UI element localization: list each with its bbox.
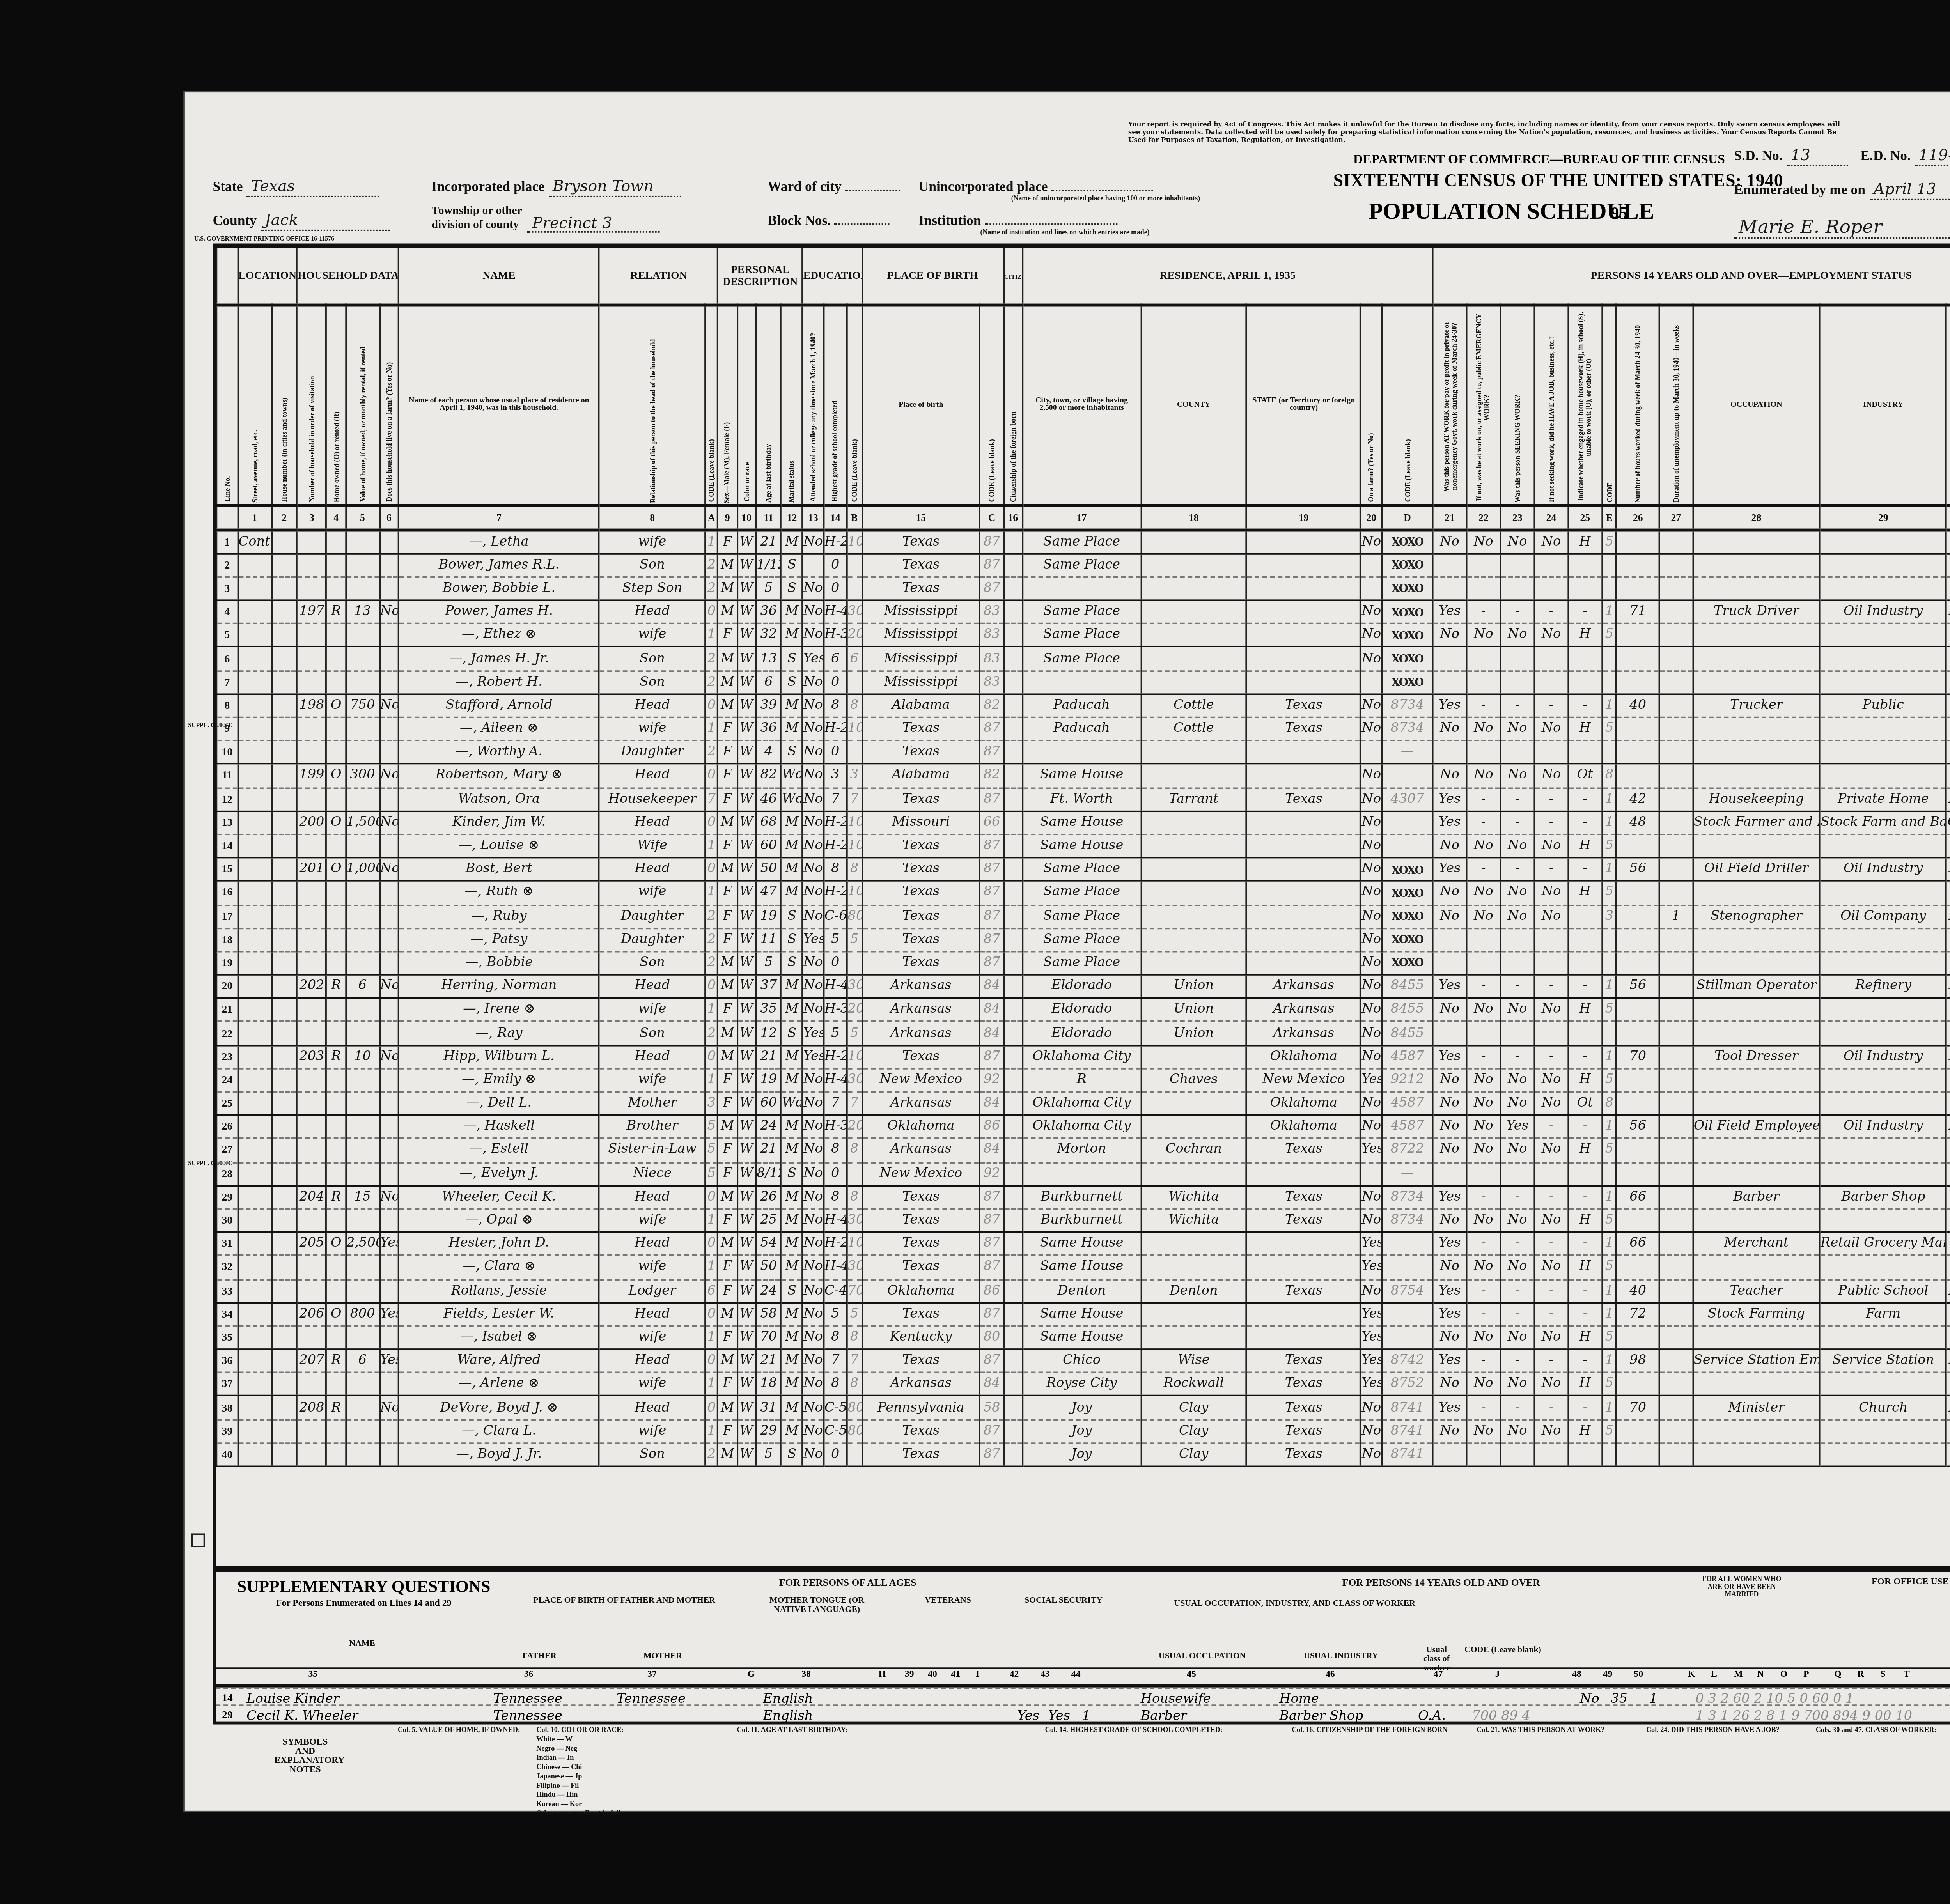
cell-cls <box>1947 1092 1950 1115</box>
cell-sex: F <box>718 1092 737 1115</box>
column-label: Place of birth <box>899 402 943 409</box>
cell-c: 86 <box>980 1115 1003 1139</box>
cell-street <box>238 717 272 741</box>
line-number: 24 <box>216 1068 238 1092</box>
cell-rel: Head <box>599 600 705 624</box>
cell-rel: wife <box>599 881 705 905</box>
cell-own <box>326 1022 346 1045</box>
cell-c21: No <box>1433 764 1467 788</box>
cell-c26 <box>1617 554 1659 577</box>
cell-occ <box>1693 717 1820 741</box>
cell-farm: No <box>379 694 399 717</box>
cell-c19: Texas <box>1246 1396 1361 1419</box>
cell-own <box>326 905 346 928</box>
cell-c18: Union <box>1141 998 1246 1022</box>
cell-name: —, Estell <box>399 1139 599 1162</box>
cell-own <box>326 788 346 811</box>
cell-own <box>326 1092 346 1115</box>
cell-value <box>346 1162 379 1185</box>
cell-rel: Housekeeper <box>599 788 705 811</box>
cell-e: 5 <box>1602 530 1617 554</box>
institution-field: Institution (Name of institution and lin… <box>919 213 1150 236</box>
cell-visit <box>297 530 326 554</box>
cell-sch: No <box>803 600 824 624</box>
cell-name: —, Ray <box>399 1022 599 1045</box>
cell-mar: M <box>781 858 802 881</box>
cell-c18: Rockwall <box>1141 1373 1246 1396</box>
cell-c21: No <box>1433 998 1467 1022</box>
column-number: 5 <box>346 505 379 530</box>
cell-house <box>271 1209 297 1232</box>
cell-pob: Oklahoma <box>862 1115 980 1139</box>
column-label: COUNTY <box>1177 402 1211 409</box>
cell-c22: No <box>1467 530 1501 554</box>
cell-age: 19 <box>756 905 781 928</box>
cell-ind <box>1820 928 1946 951</box>
cell-c17: Paducah <box>1023 694 1141 717</box>
cell-cls <box>1947 1068 1950 1092</box>
cell-sex: M <box>718 577 737 600</box>
ward-field: Ward of city <box>768 179 901 194</box>
cell-a: 2 <box>705 741 718 764</box>
cell-e: 1 <box>1602 1232 1617 1256</box>
person-row: 2Bower, James R.L.Son2MW1/12S0Texas87Sam… <box>216 554 1950 577</box>
cell-visit <box>297 577 326 600</box>
cell-house <box>271 1443 297 1466</box>
cell-sex: F <box>718 1068 737 1092</box>
cell-pob: Texas <box>862 1349 980 1373</box>
line-number: 21 <box>216 998 238 1022</box>
cell-c21 <box>1433 577 1467 600</box>
cell-c22: - <box>1467 1232 1501 1256</box>
cell-mar: M <box>781 1045 802 1068</box>
cell-c17: Oklahoma City <box>1023 1115 1141 1139</box>
cell-street <box>238 928 272 951</box>
person-row: 19—, BobbieSon2MW5SNo0Texas87Same PlaceN… <box>216 951 1950 975</box>
cell-c26 <box>1617 928 1659 951</box>
cell-c25: H <box>1568 1373 1602 1396</box>
cell-c20 <box>1361 671 1382 694</box>
cell-occ: Stock Farmer and Banker <box>1693 811 1820 834</box>
cell-c25 <box>1568 554 1602 577</box>
cell-e: 5 <box>1602 1326 1617 1349</box>
cell-c20: Yes <box>1361 1068 1382 1092</box>
cell-c26 <box>1617 1373 1659 1396</box>
cell-rel: Head <box>599 694 705 717</box>
cell-c24: - <box>1534 975 1568 998</box>
township-label: Township or other division of county <box>432 204 524 231</box>
supp-column-number: J <box>1495 1670 1500 1680</box>
column-header-12: Marital status <box>781 305 802 506</box>
cell-d: 8741 <box>1382 1396 1432 1419</box>
cell-age: 21 <box>756 1139 781 1162</box>
check-box[interactable] <box>191 1533 205 1547</box>
census-page: Your report is required by Act of Congre… <box>0 0 1950 1903</box>
cell-age: 18 <box>756 1373 781 1396</box>
cell-cls <box>1947 1209 1950 1232</box>
person-row: 36207R6YesWare, AlfredHead0MW21MNo77Texa… <box>216 1349 1950 1373</box>
line-number: 7 <box>216 671 238 694</box>
cell-sex: M <box>718 694 737 717</box>
column-header-17: City, town, or village having 2,500 or m… <box>1023 305 1141 506</box>
cell-c20: No <box>1361 1115 1382 1139</box>
cell-c17: Denton <box>1023 1279 1141 1302</box>
cell-c25: H <box>1568 1326 1602 1349</box>
cell-c19: Texas <box>1246 1349 1361 1373</box>
incorporated-place-value: Bryson Town <box>548 179 681 197</box>
cell-a: 0 <box>705 694 718 717</box>
cell-own <box>326 1139 346 1162</box>
cell-c23: No <box>1500 1373 1534 1396</box>
cell-d: 8741 <box>1382 1443 1432 1466</box>
cell-street <box>238 577 272 600</box>
cell-c27 <box>1659 1185 1693 1209</box>
cell-sch: Yes <box>803 1045 824 1068</box>
cell-name: Bost, Bert <box>399 858 599 881</box>
cell-grade: H-2 <box>824 834 847 858</box>
cell-mar: M <box>781 1326 802 1349</box>
cell-visit <box>297 717 326 741</box>
line-number: 36 <box>216 1349 238 1373</box>
cell-c25: - <box>1568 1279 1602 1302</box>
cell-rel: Son <box>599 951 705 975</box>
cell-d: 4587 <box>1382 1092 1432 1115</box>
column-header-B: CODE (Leave blank) <box>847 305 862 506</box>
cell-farm <box>379 530 399 554</box>
cell-cls: OA / PW <box>1947 811 1950 834</box>
cell-street <box>238 694 272 717</box>
cell-c23: - <box>1500 1302 1534 1326</box>
column-number: 20 <box>1361 505 1382 530</box>
cell-c20: No <box>1361 881 1382 905</box>
cell-cls <box>1947 671 1950 694</box>
cell-occ <box>1693 1209 1820 1232</box>
cell-c26 <box>1617 834 1659 858</box>
cell-c26 <box>1617 905 1659 928</box>
cell-c23: - <box>1500 858 1534 881</box>
cell-cit <box>1003 741 1023 764</box>
cell-ind <box>1820 1092 1946 1115</box>
cell-c21: No <box>1433 1092 1467 1115</box>
cell-sex: M <box>718 951 737 975</box>
cell-visit <box>297 1068 326 1092</box>
cell-c27 <box>1659 928 1693 951</box>
cell-farm <box>379 1443 399 1466</box>
column-number: D <box>1382 505 1432 530</box>
cell-e: 1 <box>1602 975 1617 998</box>
cell-sex: F <box>718 788 737 811</box>
cell-grade: 8 <box>824 858 847 881</box>
cell-street <box>238 1022 272 1045</box>
cell-name: Stafford, Arnold <box>399 694 599 717</box>
cell-c21: No <box>1433 1326 1467 1349</box>
cell-sch: No <box>803 1209 824 1232</box>
cell-d <box>1382 764 1432 788</box>
cell-occ <box>1693 1022 1820 1045</box>
cell-race: W <box>737 1209 756 1232</box>
cell-c26: 70 <box>1617 1396 1659 1419</box>
cell-occ: Tool Dresser <box>1693 1045 1820 1068</box>
cell-c18 <box>1141 741 1246 764</box>
cell-own: R <box>326 1185 346 1209</box>
column-label: Number of household in order of visitati… <box>308 376 316 502</box>
note-col30: Cols. 30 and 47. CLASS OF WORKER: <box>1816 1726 1937 1735</box>
cell-c23: - <box>1500 975 1534 998</box>
ed-value: 119-6 <box>1914 148 1950 166</box>
unincorporated-note: (Name of unincorporated place having 100… <box>1011 194 1200 202</box>
cell-grade: H-4 <box>824 975 847 998</box>
column-label: Citizenship of the foreign born <box>1009 412 1017 503</box>
cell-d: 8734 <box>1382 1185 1432 1209</box>
cell-c19 <box>1246 905 1361 928</box>
person-row: 35—, Isabel ⊗wife1FW70MNo88Kentucky80Sam… <box>216 1326 1950 1349</box>
cell-cls <box>1947 881 1950 905</box>
cell-b: 20 <box>847 998 862 1022</box>
cell-house <box>271 1256 297 1279</box>
cell-value <box>346 881 379 905</box>
cell-c24: - <box>1534 1302 1568 1326</box>
cell-a: 2 <box>705 554 718 577</box>
cell-mar: M <box>781 600 802 624</box>
cell-c25 <box>1568 1162 1602 1185</box>
supp-header-social-security: SOCIAL SECURITY <box>1010 1596 1118 1606</box>
cell-c17: Eldorado <box>1023 998 1141 1022</box>
cell-mar: Wd <box>781 788 802 811</box>
cell-cit <box>1003 1115 1023 1139</box>
cell-sex: F <box>718 741 737 764</box>
cell-age: 82 <box>756 764 781 788</box>
cell-c22 <box>1467 554 1501 577</box>
cell-occ: Housekeeping <box>1693 788 1820 811</box>
cell-sch: No <box>803 577 824 600</box>
column-label: Highest grade of school completed <box>831 401 839 503</box>
cell-race: W <box>737 1419 756 1443</box>
cell-c17: Paducah <box>1023 717 1141 741</box>
cell-c27 <box>1659 881 1693 905</box>
cell-name: —, Letha <box>399 530 599 554</box>
institution-value <box>985 223 1117 225</box>
cell-farm: No <box>379 1045 399 1068</box>
cell-c27 <box>1659 951 1693 975</box>
cell-sex: M <box>718 1232 737 1256</box>
cell-pob: Arkansas <box>862 975 980 998</box>
cell-house <box>271 1115 297 1139</box>
cell-grade: H-4 <box>824 600 847 624</box>
cell-c25: - <box>1568 975 1602 998</box>
cell-cit <box>1003 694 1023 717</box>
person-row: 33Rollans, JessieLodger6FW24SNoC-470Okla… <box>216 1279 1950 1302</box>
cell-pob: Texas <box>862 1256 980 1279</box>
cell-sex: F <box>718 1326 737 1349</box>
cell-c27 <box>1659 788 1693 811</box>
cell-sch: No <box>803 1302 824 1326</box>
cell-age: 13 <box>756 647 781 671</box>
cell-value <box>346 1068 379 1092</box>
cell-sch: No <box>803 998 824 1022</box>
cell-farm <box>379 1068 399 1092</box>
cell-c: 84 <box>980 998 1003 1022</box>
cell-c20: No <box>1361 928 1382 951</box>
line-number: 1 <box>216 530 238 554</box>
cell-c21: No <box>1433 1373 1467 1396</box>
cell-c24: No <box>1534 717 1568 741</box>
cell-c24: - <box>1534 1279 1568 1302</box>
column-number: C <box>980 505 1003 530</box>
cell-c23 <box>1500 1443 1534 1466</box>
cell-c18 <box>1141 554 1246 577</box>
cell-visit <box>297 671 326 694</box>
cell-ind <box>1820 1373 1946 1396</box>
column-label: City, town, or village having 2,500 or m… <box>1035 398 1128 413</box>
cell-visit <box>297 1022 326 1045</box>
cell-c18 <box>1141 1045 1246 1068</box>
cell-c21: Yes <box>1433 1185 1467 1209</box>
cell-e <box>1602 554 1617 577</box>
cell-house <box>271 1396 297 1419</box>
cell-c: 87 <box>980 1349 1003 1373</box>
cell-sex: M <box>718 1022 737 1045</box>
unincorporated-field: Unincorporated place (Name of unincorpor… <box>919 179 1200 202</box>
cell-grade: 0 <box>824 554 847 577</box>
cell-c19: Texas <box>1246 1373 1361 1396</box>
cell-age: 21 <box>756 530 781 554</box>
cell-pob: Alabama <box>862 764 980 788</box>
cell-name: —, Isabel ⊗ <box>399 1326 599 1349</box>
cell-occ: Trucker <box>1693 694 1820 717</box>
supplementary-title: SUPPLEMENTARY QUESTIONS <box>225 1578 502 1596</box>
supp-group-all-ages: FOR PERSONS OF ALL AGES <box>555 1578 1141 1589</box>
cell-a: 7 <box>705 788 718 811</box>
cell-rel: Head <box>599 858 705 881</box>
cell-c27 <box>1659 858 1693 881</box>
cell-mar: M <box>781 530 802 554</box>
cell-c27 <box>1659 998 1693 1022</box>
cell-house <box>271 741 297 764</box>
cell-street <box>238 764 272 788</box>
cell-ind <box>1820 671 1946 694</box>
cell-a: 0 <box>705 1396 718 1419</box>
column-header-11: Age at last birthday <box>756 305 781 506</box>
cell-c25: - <box>1568 1349 1602 1373</box>
column-number: 12 <box>781 505 802 530</box>
cell-c19: Arkansas <box>1246 998 1361 1022</box>
cell-sex: F <box>718 1279 737 1302</box>
cell-c24: No <box>1534 1373 1568 1396</box>
cell-visit: 197 <box>297 600 326 624</box>
cell-house <box>271 647 297 671</box>
explanatory-notes: SYMBOLS AND EXPLANATORY NOTES Col. 5. VA… <box>213 1726 1950 1803</box>
cell-rel: wife <box>599 1373 705 1396</box>
cell-grade: 5 <box>824 1022 847 1045</box>
cell-c27 <box>1659 764 1693 788</box>
cell-b: 5 <box>847 1022 862 1045</box>
supp-group-women: FOR ALL WOMEN WHO ARE OR HAVE BEEN MARRI… <box>1695 1575 1788 1598</box>
cell-mar: S <box>781 905 802 928</box>
cell-c: 87 <box>980 530 1003 554</box>
cell-c19: Texas <box>1246 1139 1361 1162</box>
cell-sch: No <box>803 1443 824 1466</box>
cell-c18: Union <box>1141 975 1246 998</box>
cell-name: —, Clara L. <box>399 1419 599 1443</box>
cell-house <box>271 905 297 928</box>
cell-occ: Oil Field Employee <box>1693 1115 1820 1139</box>
cell-c20: No <box>1361 600 1382 624</box>
cell-occ <box>1693 998 1820 1022</box>
cell-b: 6 <box>847 647 862 671</box>
cell-c17: Same Place <box>1023 600 1141 624</box>
cell-c23: No <box>1500 1326 1534 1349</box>
cell-c22: No <box>1467 1373 1501 1396</box>
cell-e <box>1602 928 1617 951</box>
cell-cit <box>1003 1419 1023 1443</box>
person-row: 11199O300NoRobertson, Mary ⊗Head0FW82WdN… <box>216 764 1950 788</box>
cell-mar: S <box>781 554 802 577</box>
group-relation: RELATION <box>599 248 718 305</box>
supp-column-number: G <box>748 1670 755 1680</box>
cell-race: W <box>737 554 756 577</box>
column-number <box>216 505 238 530</box>
cell-c20: No <box>1361 998 1382 1022</box>
cell-c26 <box>1617 881 1659 905</box>
supp-column-number: 35 <box>308 1670 317 1680</box>
column-number: B <box>847 505 862 530</box>
cell-c26: 66 <box>1617 1185 1659 1209</box>
cell-age: 6 <box>756 671 781 694</box>
cell-c18 <box>1141 530 1246 554</box>
cell-c24: - <box>1534 694 1568 717</box>
line-number: 32 <box>216 1256 238 1279</box>
cell-c24: - <box>1534 1232 1568 1256</box>
cell-c19 <box>1246 764 1361 788</box>
cell-race: W <box>737 741 756 764</box>
cell-ind <box>1820 881 1946 905</box>
cell-d: 8722 <box>1382 1139 1432 1162</box>
column-header-26: Number of hours worked during week of Ma… <box>1617 305 1659 506</box>
cell-c20 <box>1361 741 1382 764</box>
cell-c18: Chaves <box>1141 1068 1246 1092</box>
column-number: 11 <box>756 505 781 530</box>
cell-visit <box>297 624 326 647</box>
note-col5: Col. 5. VALUE OF HOME, IF OWNED: <box>398 1726 520 1735</box>
cell-name: Hipp, Wilburn L. <box>399 1045 599 1068</box>
block-value <box>834 223 890 225</box>
cell-cls: PW <box>1947 1279 1950 1302</box>
cell-c25: H <box>1568 1068 1602 1092</box>
column-number: 29 <box>1820 505 1946 530</box>
cell-c26 <box>1617 1139 1659 1162</box>
cell-cit <box>1003 998 1023 1022</box>
column-header-22: If not, was he at work on, or assigned t… <box>1467 305 1501 506</box>
cell-occ <box>1693 834 1820 858</box>
cell-pob: Arkansas <box>862 998 980 1022</box>
cell-c22 <box>1467 1443 1501 1466</box>
cell-d: XOXO <box>1382 905 1432 928</box>
cell-name: —, Evelyn J. <box>399 1162 599 1185</box>
cell-age: 12 <box>756 1022 781 1045</box>
cell-e: 5 <box>1602 717 1617 741</box>
cell-street <box>238 1209 272 1232</box>
cell-c19: Oklahoma <box>1246 1045 1361 1068</box>
state-field: State Texas <box>213 179 379 197</box>
cell-street <box>238 1279 272 1302</box>
cell-value <box>346 1396 379 1419</box>
cell-c25 <box>1568 741 1602 764</box>
supplementary-subtitle: For Persons Enumerated on Lines 14 and 2… <box>225 1599 502 1609</box>
line-number: 8 <box>216 694 238 717</box>
supp-cell-line: 14 <box>222 1692 233 1705</box>
cell-rel: wife <box>599 1326 705 1349</box>
cell-visit: 204 <box>297 1185 326 1209</box>
